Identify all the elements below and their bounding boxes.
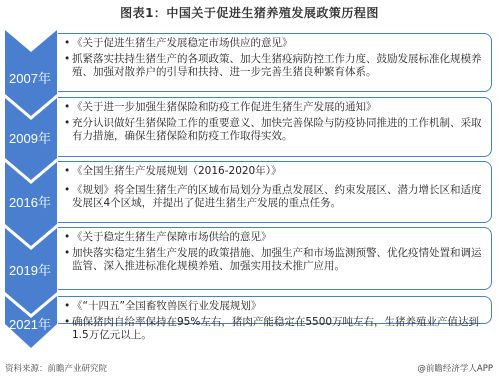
policy-content: 抓紧落实扶持生猪生产的各项政策、加大生猪疫病防控工作力度、鼓励发展标准化规模养殖…	[64, 53, 485, 79]
policy-document-title: 《“十四五”全国畜牧兽医行业发展规划》	[64, 300, 485, 313]
policy-document-title: 《关于促进生猪生产发展稳定市场供应的意见》	[64, 37, 485, 50]
data-source: 资料来源：前瞻产业研究院	[5, 362, 107, 374]
policy-document-title: 《全国生猪生产发展规划（2016-2020年）》	[64, 165, 485, 178]
watermark-credit: @前瞻经济学人APP	[417, 362, 493, 374]
year-label-2007: 2007年	[4, 68, 56, 87]
policy-content: 《规划》将全国生猪生产的区域布局划分为重点发展区、约束发展区、潜力增长区和适度发…	[64, 184, 485, 210]
policy-content: 加快落实稳定生猪生产发展的政策措施、加强生产和市场监测预警、优化疫情处置和调运监…	[64, 247, 485, 273]
policy-box-2007: 《关于促进生猪生产发展稳定市场供应的意见》 抓紧落实扶持生猪生产的各项政策、加大…	[58, 33, 492, 92]
year-label-2016: 2016年	[4, 192, 56, 211]
policy-box-2021: 《“十四五”全国畜牧兽医行业发展规划》 确保猪肉自给率保持在95%左右，猪肉产能…	[58, 296, 492, 324]
policy-box-2019: 《关于稳定生猪生产保障市场供给的意见》 加快落实稳定生猪生产发展的政策措施、加强…	[58, 227, 492, 290]
year-label-2009: 2009年	[4, 128, 56, 147]
policy-document-title: 《关于进一步加强生猪保险和防疫工作促进生猪生产发展的通知》	[64, 101, 485, 114]
policy-document-title: 《关于稳定生猪生产保障市场供给的意见》	[64, 231, 485, 244]
policy-content: 充分认识做好生猪保险工作的重要意义、加快完善保险与防疫协同推进的工作机制、采取有…	[64, 117, 485, 143]
policy-content: 确保猪肉自给率保持在95%左右，猪肉产能稳定在5500万吨左右，生猪养殖业产值达…	[64, 316, 485, 342]
year-label-2021: 2021年	[4, 314, 56, 333]
policy-box-2016: 《全国生猪生产发展规划（2016-2020年）》 《规划》将全国生猪生产的区域布…	[58, 161, 492, 223]
chart-title: 图表1：中国关于促进生猪养殖发展政策历程图	[0, 4, 499, 21]
policy-box-2009: 《关于进一步加强生猪保险和防疫工作促进生猪生产发展的通知》 充分认识做好生猪保险…	[58, 97, 492, 157]
year-label-2019: 2019年	[4, 260, 56, 279]
